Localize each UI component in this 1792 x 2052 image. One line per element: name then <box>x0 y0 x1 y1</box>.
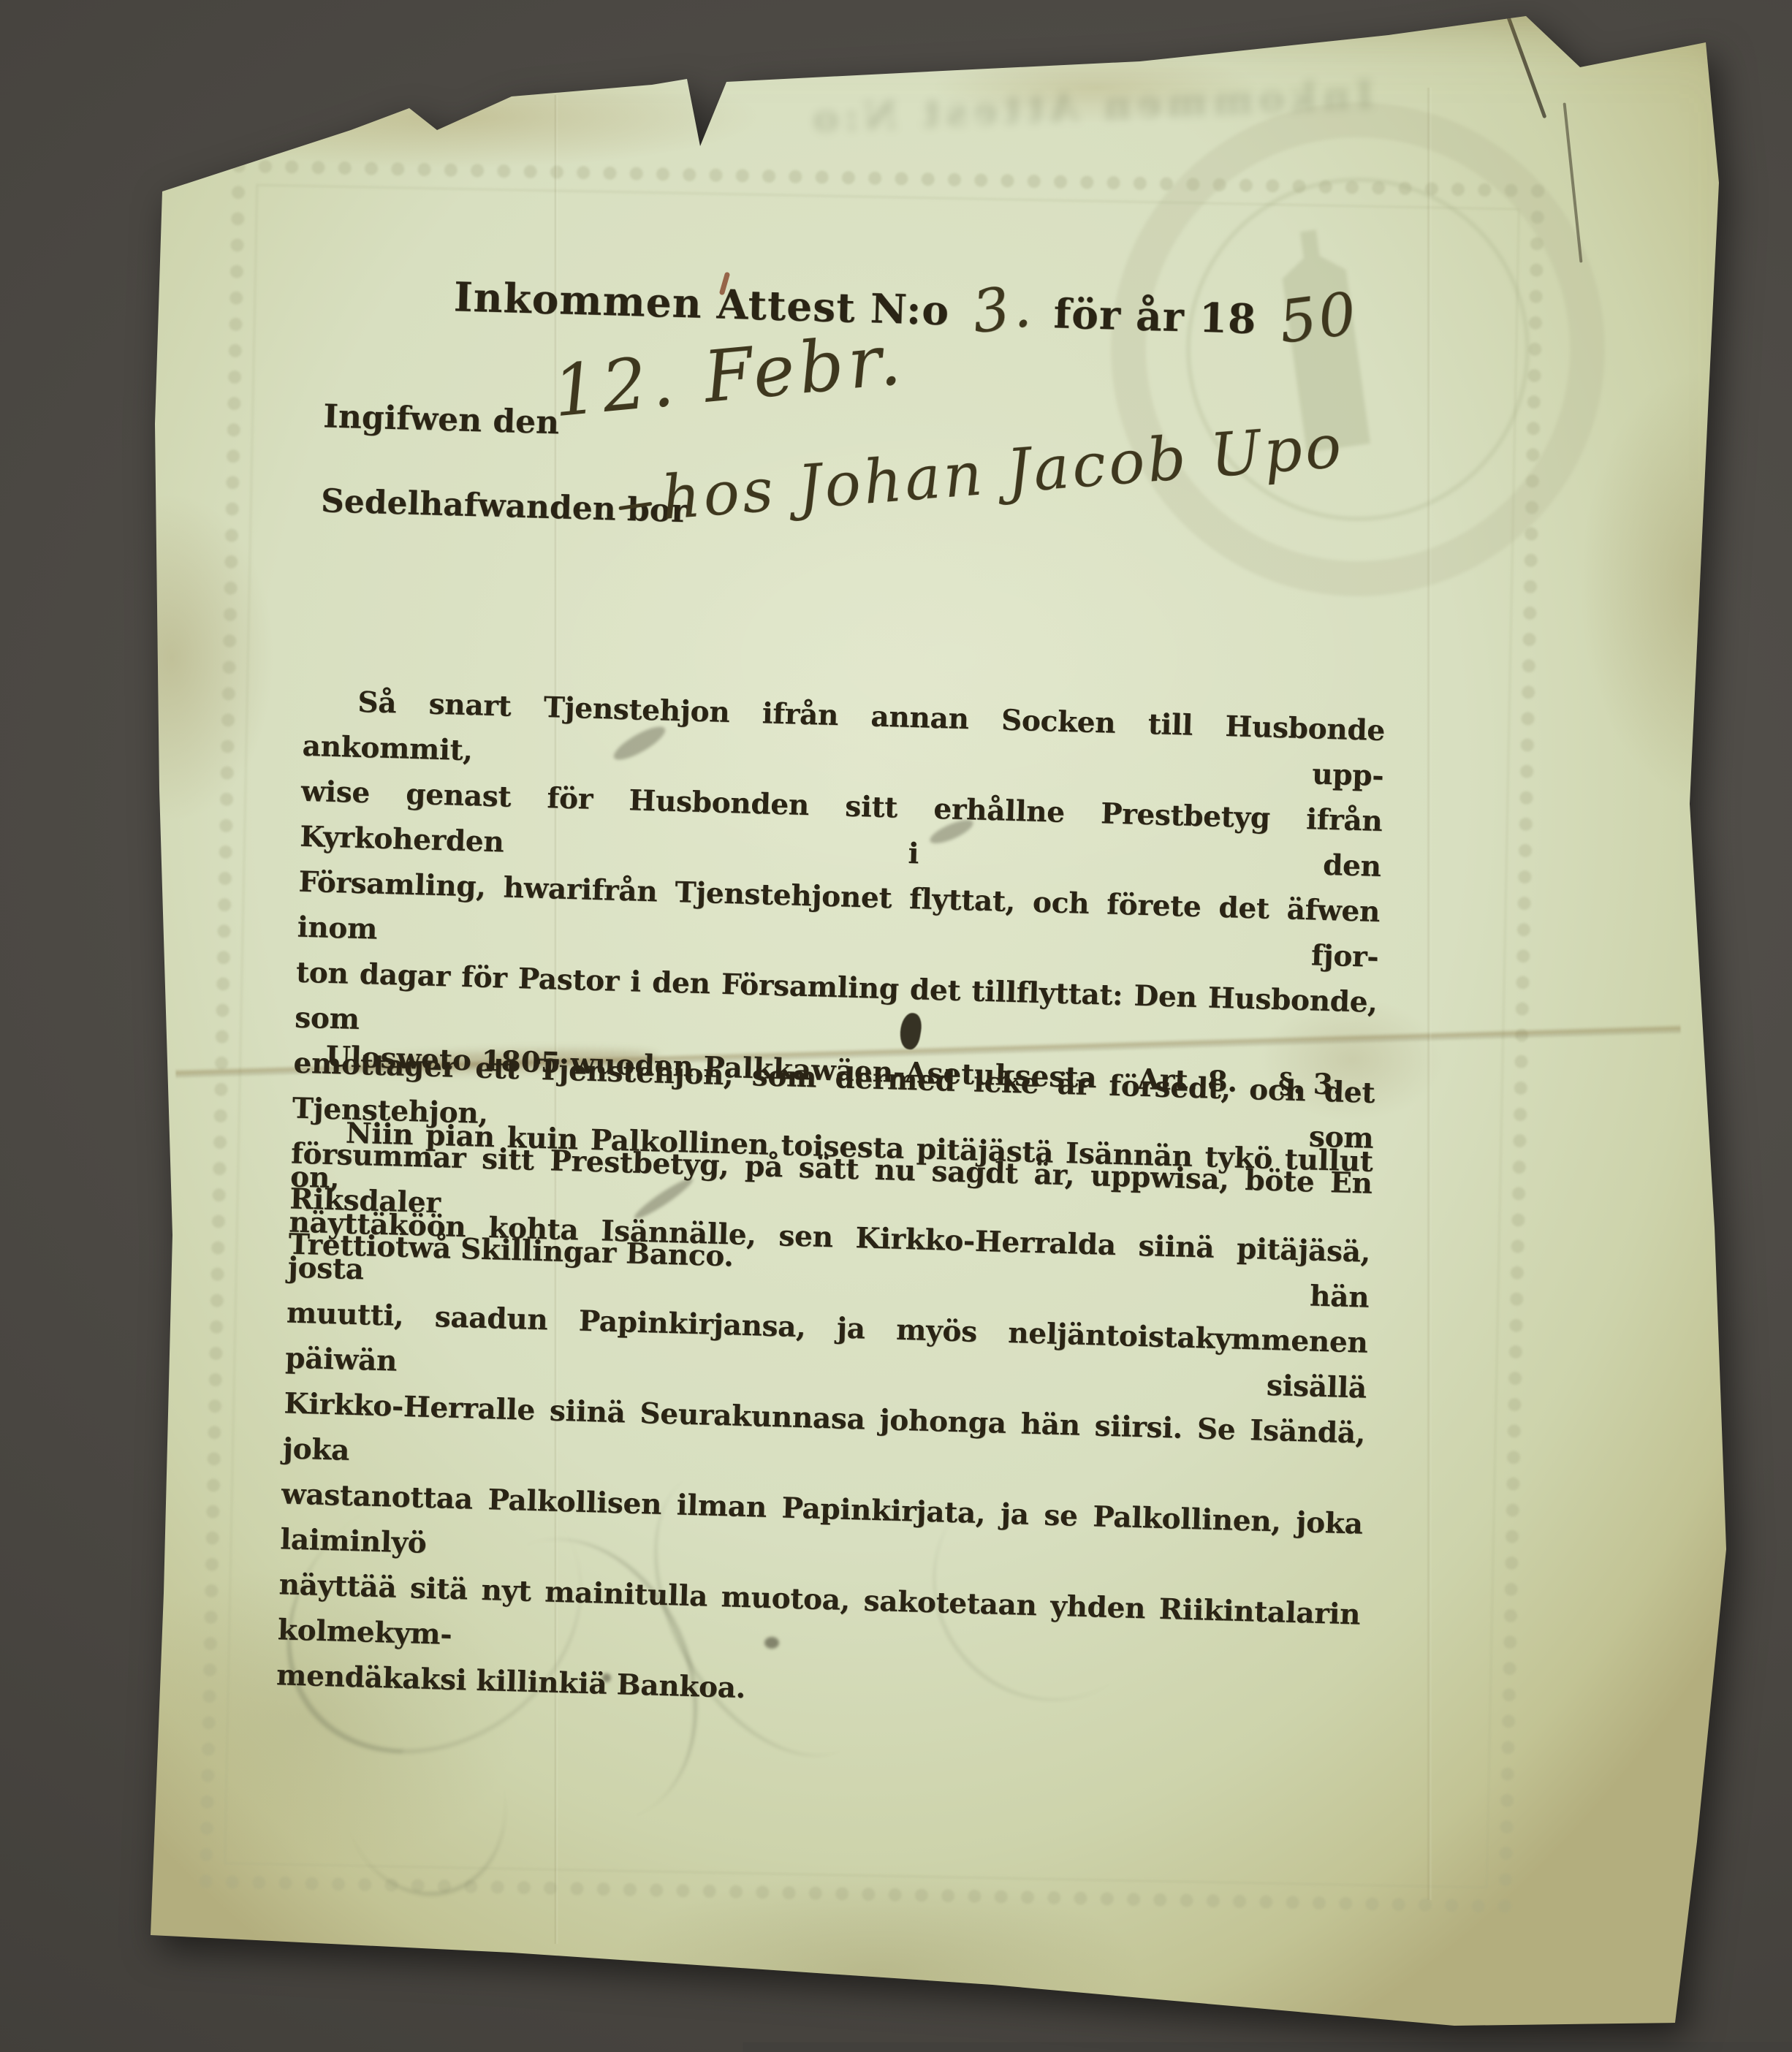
swedish-heading-paragraph: §. 3. <box>1164 645 1230 680</box>
finnish-statute-paragraph: Niin pian kuin Palkollinen toisesta pitä… <box>276 1109 1373 1728</box>
finnish-heading-paragraph: §. 3. <box>1278 1066 1344 1101</box>
document-paper: Inkommen Attest N:o Inkommen Attest N:o <box>0 0 1792 2052</box>
submitted-date-label: Ingifwen den <box>323 398 560 441</box>
attest-number-handwritten: 3. <box>972 305 1032 313</box>
year-handwritten: 50 <box>1280 313 1358 323</box>
paper-crack <box>1506 15 1546 119</box>
vertical-crease-right <box>1427 88 1432 1900</box>
swedish-heading-article: Art. 8. <box>1023 641 1124 677</box>
title-printed-year-prefix: för år 18 <box>1053 289 1257 343</box>
photo-background: Inkommen Attest N:o Inkommen Attest N:o <box>0 0 1792 2052</box>
paper-shadow-wrap: Inkommen Attest N:o Inkommen Attest N:o <box>0 0 1792 2052</box>
finnish-heading-article: Art. 8. <box>1137 1063 1238 1099</box>
